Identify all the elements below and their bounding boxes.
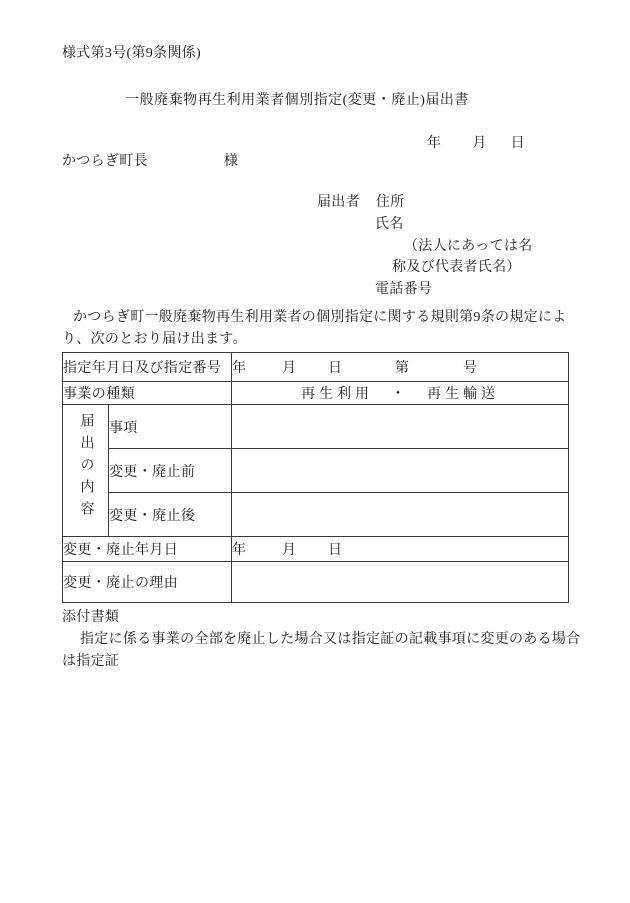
designation-table: 指定年月日及び指定番号 年月日第号 事業の種類 再生利用 ・ 再生輸送 届出の内… [62, 352, 569, 603]
business-type-label-cell: 事業の種類 [63, 382, 232, 405]
after-label-cell: 変更・廃止後 [109, 493, 232, 537]
attachments-line2: は指定証 [62, 653, 119, 670]
document-title: 一般廃棄物再生利用業者個別指定(変更・廃止)届出書 [0, 92, 594, 109]
form-document-page: 様式第3号(第9条関係) 一般廃棄物再生利用業者個別指定(変更・廃止)届出書 年… [0, 0, 630, 903]
cell-year-label: 年 [232, 361, 246, 376]
corporate-note-line2: 称及び代表者氏名） [392, 259, 521, 276]
mayor-name: かつらぎ町長 [62, 154, 148, 169]
addressee-line: かつらぎ町長様 [62, 153, 238, 170]
notification-group-label: 届出の内容 [79, 413, 93, 523]
honorific-label: 様 [224, 154, 238, 169]
before-label-cell: 変更・廃止前 [109, 449, 232, 493]
notification-group-header-cell: 届出の内容 [63, 405, 109, 537]
declarant-line-address: 届出者住所 [317, 194, 405, 211]
after-value-cell [232, 493, 569, 537]
designation-date-label-cell: 指定年月日及び指定番号 [63, 353, 232, 382]
day-label: 日 [511, 136, 525, 151]
month-label: 月 [472, 136, 486, 151]
reason-label-cell: 変更・廃止の理由 [63, 562, 232, 603]
attachments-line1: 指定に係る事業の全部を廃止した場合又は指定証の記載事項に変更のある場合 [80, 631, 581, 648]
item-label-cell: 事項 [109, 405, 232, 449]
item-value-cell [232, 405, 569, 449]
number-prefix-label: 第 [395, 361, 409, 376]
reason-value-cell [232, 562, 569, 603]
change-date-label-cell: 変更・廃止年月日 [63, 537, 232, 562]
corporate-note-line1: （法人にあっては名 [404, 238, 533, 255]
body-paragraph-line2: り、次のとおり届け出ます。 [62, 331, 247, 348]
date-line: 年月日 [427, 135, 525, 152]
body-paragraph-line1: かつらぎ町一般廃棄物再生利用業者の個別指定に関する規則第9条の規定によ [73, 309, 567, 326]
cell-day-label: 日 [328, 361, 342, 376]
address-label: 住所 [376, 195, 405, 210]
declarant-label: 届出者 [317, 195, 360, 210]
number-suffix-label: 号 [463, 361, 477, 376]
change-date-value-cell: 年月日 [232, 537, 569, 562]
declarant-name-label: 氏名 [375, 216, 404, 233]
cell-day-label: 日 [328, 543, 342, 558]
cell-year-label: 年 [232, 543, 246, 558]
phone-label: 電話番号 [375, 281, 432, 298]
year-label: 年 [427, 136, 441, 151]
designation-date-value-cell: 年月日第号 [232, 353, 569, 382]
form-number: 様式第3号(第9条関係) [62, 45, 201, 62]
attachments-heading: 添付書類 [62, 609, 119, 626]
business-type-value-cell: 再生利用 ・ 再生輸送 [232, 382, 569, 405]
before-value-cell [232, 449, 569, 493]
cell-month-label: 月 [282, 361, 296, 376]
cell-month-label: 月 [282, 543, 296, 558]
